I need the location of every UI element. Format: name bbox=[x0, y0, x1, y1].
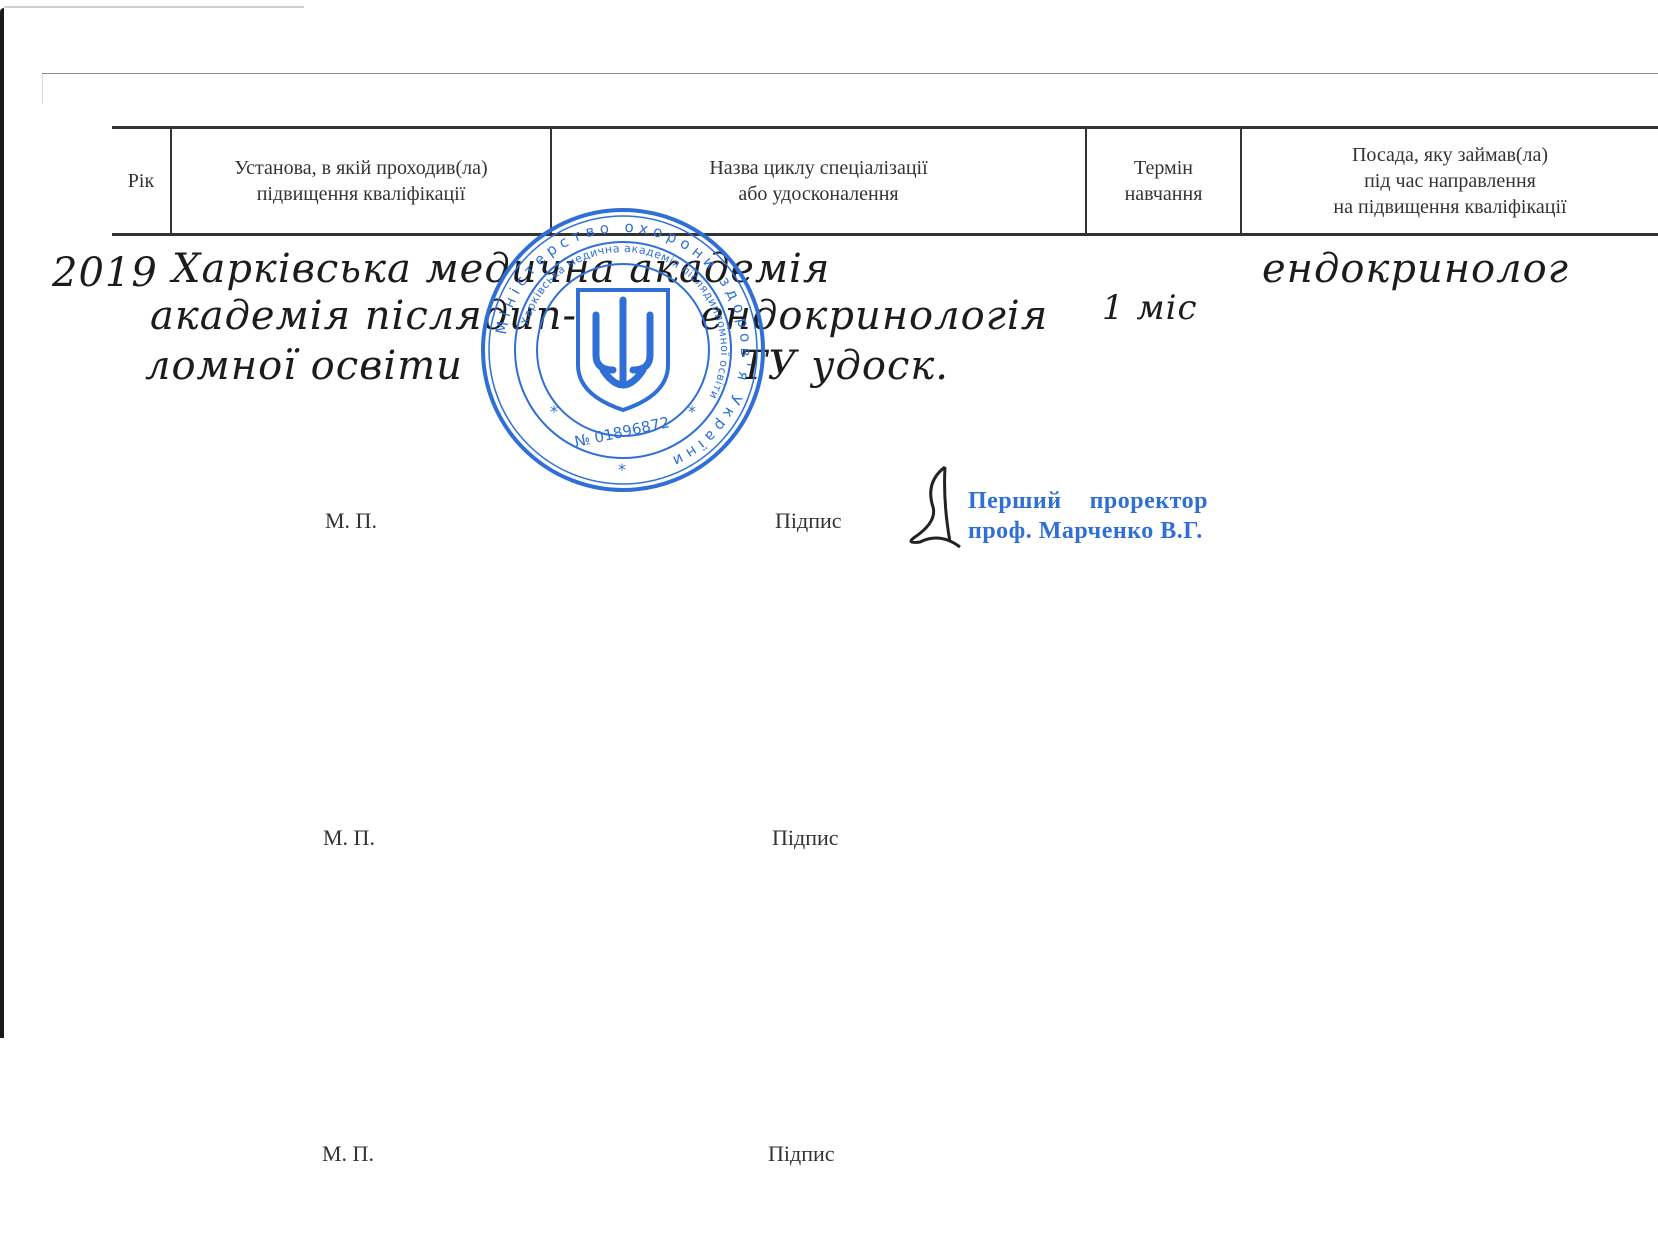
svg-text:*: * bbox=[618, 460, 626, 479]
header-position-line1: Посада, яку займав(ла) bbox=[1333, 142, 1566, 168]
scan-edge-top bbox=[4, 6, 304, 8]
header-institution-line2: підвищення кваліфікації bbox=[234, 181, 487, 207]
header-institution-line1: Установа, в якій проходив(ла) bbox=[234, 155, 487, 181]
header-term: Термін навчання bbox=[1087, 129, 1242, 233]
svg-text:№ 01896872: № 01896872 bbox=[573, 413, 671, 451]
header-cycle-line1: Назва циклу спеціалізації bbox=[709, 155, 927, 181]
signer-stamp: Першийпроректор проф. Марченко В.Г. bbox=[968, 486, 1208, 546]
seal-label-1: М. П. bbox=[325, 508, 377, 534]
signer-title: Першийпроректор bbox=[968, 486, 1208, 516]
page-top-rule bbox=[42, 73, 1658, 74]
training-table-header: Рік Установа, в якій проходив(ла) підвищ… bbox=[112, 126, 1658, 236]
entry-position: ендокринолог bbox=[1262, 246, 1569, 292]
signature-label-2: Підпис bbox=[772, 825, 839, 851]
header-position-line3: на підвищення кваліфікації bbox=[1333, 194, 1566, 220]
seal-label-3: М. П. bbox=[322, 1141, 374, 1167]
header-term-line2: навчання bbox=[1125, 181, 1203, 207]
entry-year: 2019 bbox=[52, 250, 158, 296]
seal-label-2: М. П. bbox=[323, 825, 375, 851]
signer-title-word1: Перший bbox=[968, 488, 1062, 514]
entry-institution-line3: ломної освіти bbox=[145, 343, 463, 389]
official-stamp-icon: Міністерство охорони здоров'я України Ха… bbox=[478, 205, 768, 495]
signer-name: проф. Марченко В.Г. bbox=[968, 516, 1208, 546]
signature-label-3: Підпис bbox=[768, 1141, 835, 1167]
header-year-text: Рік bbox=[128, 168, 154, 194]
signature-label-1: Підпис bbox=[775, 508, 842, 534]
header-cycle-line2: або удосконалення bbox=[709, 181, 927, 207]
header-term-line1: Термін bbox=[1125, 155, 1203, 181]
header-position-line2: під час направлення bbox=[1333, 168, 1566, 194]
handwritten-signature-icon bbox=[905, 462, 975, 552]
faint-mark bbox=[42, 74, 43, 104]
svg-text:*: * bbox=[688, 402, 696, 421]
header-position: Посада, яку займав(ла) під час направлен… bbox=[1242, 129, 1658, 233]
svg-text:*: * bbox=[550, 402, 558, 421]
entry-cycle-line3: ТУ удоск. bbox=[740, 343, 949, 389]
scan-edge bbox=[0, 8, 4, 1038]
entry-term: 1 міс bbox=[1102, 288, 1198, 328]
header-year: Рік bbox=[112, 129, 172, 233]
signer-title-word2: проректор bbox=[1090, 488, 1208, 514]
